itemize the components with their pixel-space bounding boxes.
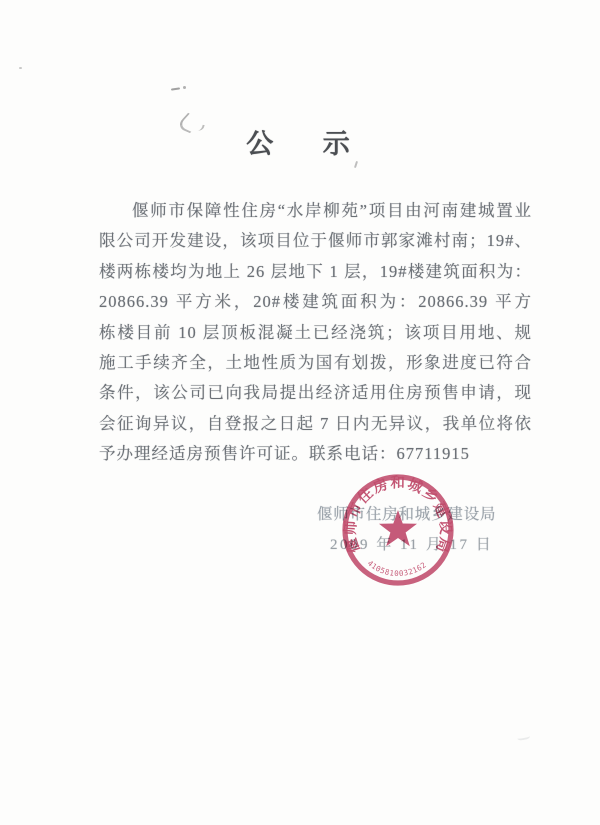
official-seal: 偃师市住房和城乡建设局 4105810032162	[338, 470, 458, 590]
scan-speck	[354, 161, 358, 168]
scan-speck	[19, 67, 22, 69]
paragraph-line: 偃师市保障性住房“水岸柳苑”项目由河南建城置业有	[99, 196, 532, 226]
scan-speck	[516, 732, 530, 741]
star-icon	[379, 510, 417, 546]
notice-title: 公 示	[0, 122, 600, 161]
paragraph-line: 限公司开发建设，该项目位于偃师市郭家滩村南；19#、20#	[99, 226, 532, 256]
paragraph-line: 栋楼目前 10 层顶板混凝土已经浇筑；该项目用地、规划、	[99, 318, 532, 348]
scanned-notice-page: 公 示 偃师市保障性住房“水岸柳苑”项目由河南建城置业有 限公司开发建设，该项目…	[0, 0, 600, 825]
paragraph-line: 20866.39 平方米，20#楼建筑面积为：20866.39 平方米；两	[99, 287, 532, 317]
paragraph-line: 条件，该公司已向我局提出经济适用住房预售申请，现向社	[99, 378, 532, 408]
paragraph-line: 会征询异议，自登报之日起 7 日内无异议，我单位将依法给	[99, 409, 532, 439]
pencil-mark	[183, 86, 186, 89]
paragraph-line: 施工手续齐全，土地性质为国有划拨，形象进度已符合预售	[99, 348, 532, 378]
paragraph-line: 楼两栋楼均为地上 26 层地下 1 层，19#楼建筑面积为：	[99, 257, 532, 287]
paragraph-line: 予办理经适房预售许可证。联系电话：67711915	[99, 439, 532, 469]
pencil-mark	[171, 87, 180, 90]
notice-body: 偃师市保障性住房“水岸柳苑”项目由河南建城置业有 限公司开发建设，该项目位于偃师…	[99, 196, 532, 470]
